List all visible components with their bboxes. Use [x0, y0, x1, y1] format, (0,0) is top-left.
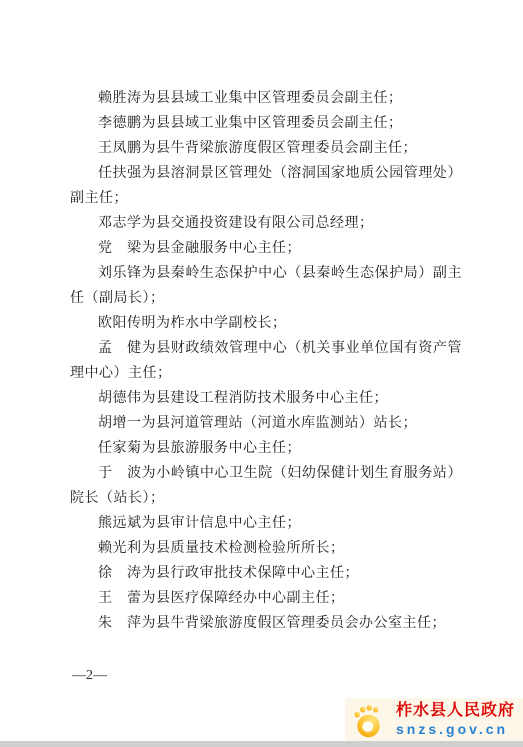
appointment-entry: 赖光利为县质量技术检测检验所所长； — [70, 536, 462, 561]
appointment-entry: 李德鹏为县县域工业集中区管理委员会副主任； — [70, 111, 462, 136]
appointment-entry: 胡增一为县河道管理站（河道水库监测站）站长； — [70, 411, 462, 436]
appointment-entry: 于 波为小岭镇中心卫生院（妇幼保健计划生育服务站）院长（站长）； — [70, 461, 462, 511]
page-number: —2— — [72, 668, 107, 684]
appointment-entry: 刘乐锋为县秦岭生态保护中心（县秦岭生态保护局）副主任（副局长）； — [70, 261, 462, 311]
appointment-entry: 王 蕾为县医疗保障经办中心副主任； — [70, 586, 462, 611]
site-name: 柞水县人民政府 — [396, 702, 515, 720]
footer-brand-text: 柞水县人民政府 snzs.gov.cn — [396, 702, 515, 736]
appointment-entry: 孟 健为县财政绩效管理中心（机关事业单位国有资产管理中心）主任； — [70, 336, 462, 386]
document-page: 赖胜涛为县县域工业集中区管理委员会副主任； 李德鹏为县县域工业集中区管理委员会副… — [0, 0, 523, 747]
site-url-link[interactable]: snzs.gov.cn — [396, 721, 515, 737]
appointment-entry: 邓志学为县交通投资建设有限公司总经理； — [70, 211, 462, 236]
paw-print-icon — [351, 701, 387, 739]
appointment-entry: 王凤鹏为县牛背梁旅游度假区管理委员会副主任； — [70, 136, 462, 161]
appointments-list: 赖胜涛为县县域工业集中区管理委员会副主任； 李德鹏为县县域工业集中区管理委员会副… — [70, 86, 462, 636]
appointment-entry: 熊远斌为县审计信息中心主任； — [70, 511, 462, 536]
appointment-entry: 赖胜涛为县县域工业集中区管理委员会副主任； — [70, 86, 462, 111]
appointment-entry: 任扶强为县溶洞景区管理处（溶洞国家地质公园管理处）副主任； — [70, 161, 462, 211]
appointment-entry: 朱 萍为县牛背梁旅游度假区管理委员会办公室主任； — [70, 611, 462, 636]
appointment-entry: 徐 涛为县行政审批技术保障中心主任； — [70, 561, 462, 586]
bottom-divider — [0, 741, 523, 747]
appointment-entry: 党 梁为县金融服务中心主任； — [70, 236, 462, 261]
appointment-entry: 胡德伟为县建设工程消防技术服务中心主任； — [70, 386, 462, 411]
appointment-entry: 欧阳传明为柞水中学副校长； — [70, 311, 462, 336]
appointment-entry: 任家菊为县旅游服务中心主任； — [70, 436, 462, 461]
footer-brand-panel: 柞水县人民政府 snzs.gov.cn — [345, 698, 523, 741]
